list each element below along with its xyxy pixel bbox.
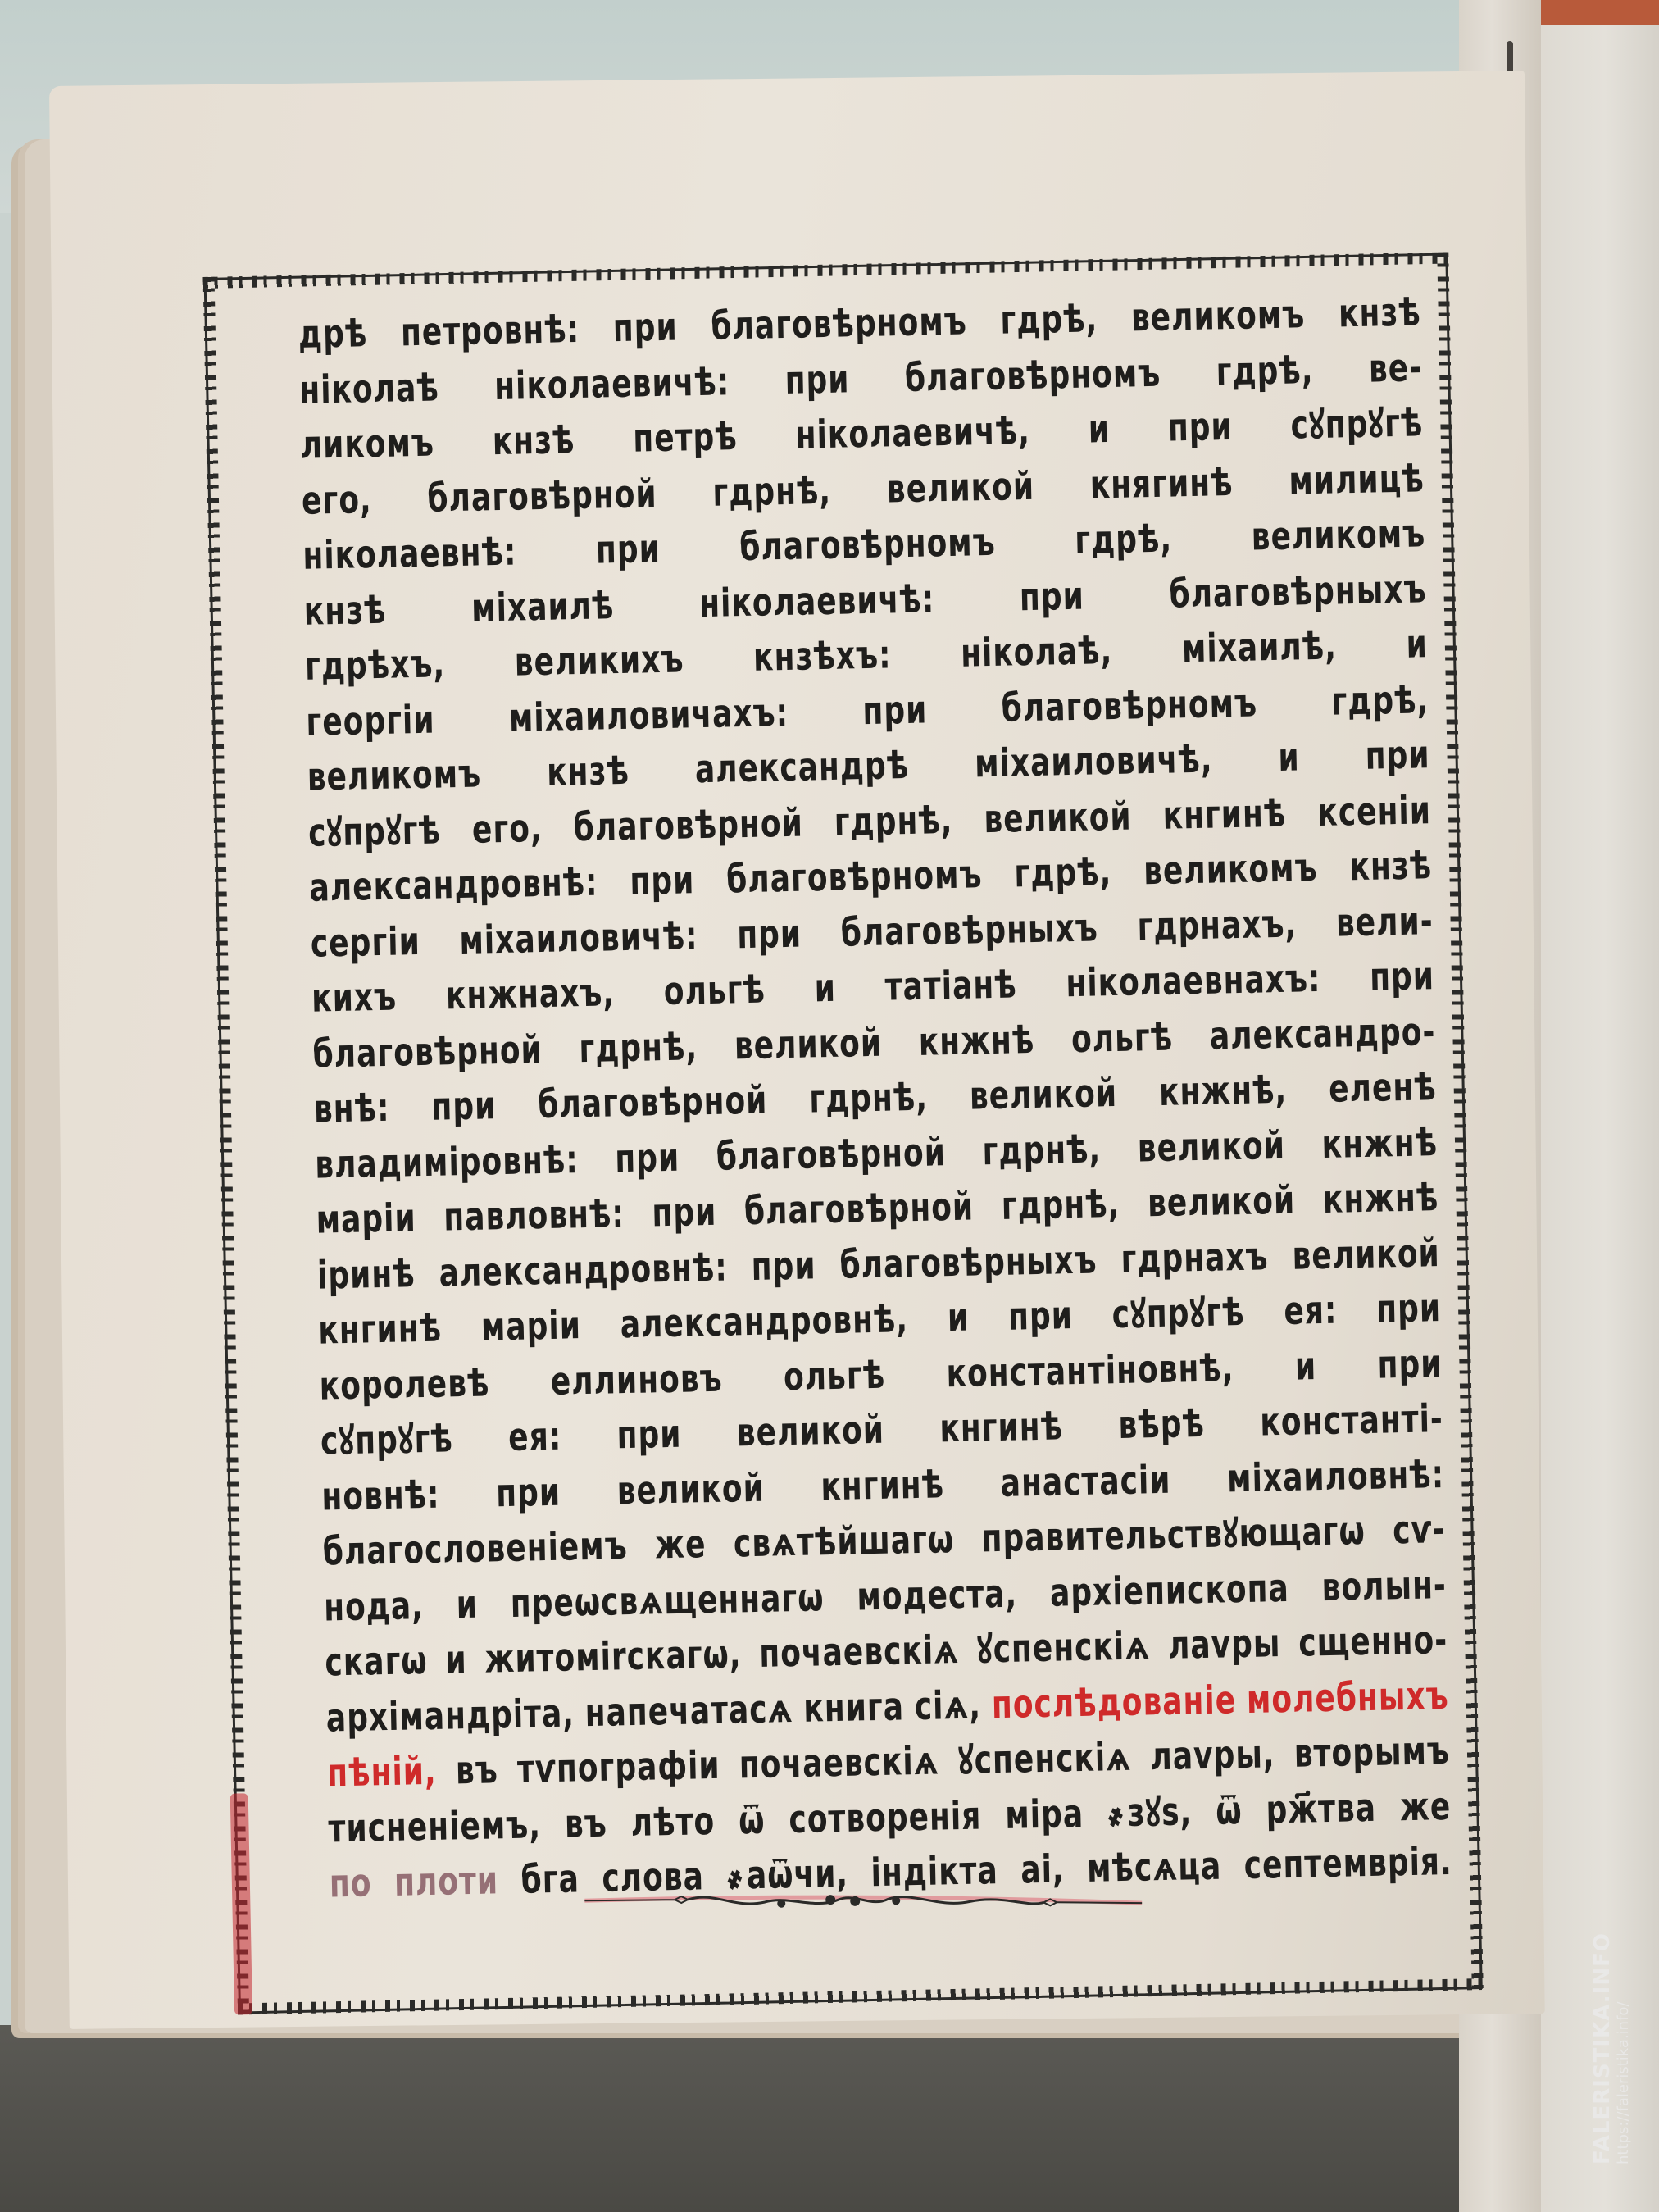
word: бга	[520, 1847, 580, 1914]
watermark-brand: FALERISTIKA.INFO	[1590, 1932, 1615, 2164]
watermark: FALERISTIKA.INFO https://faleristika.inf…	[1590, 2164, 1659, 2206]
word: по	[329, 1851, 372, 1918]
frame-border-left	[203, 277, 250, 2015]
red-ink-smear	[230, 1793, 252, 2014]
watermark-url: https://faleristika.info/	[1615, 1932, 1632, 2164]
frame-border-bottom	[238, 1978, 1484, 2015]
word: септемврія.	[1243, 1830, 1452, 1900]
facing-page	[1525, 25, 1659, 2212]
table-surface-bottom	[0, 2025, 1659, 2212]
book-page: дрѣпетровнѣ:приблаговѣрномъгдрѣ,великомъ…	[49, 71, 1545, 2029]
page-text: дрѣпетровнѣ:приблаговѣрномъгдрѣ,великомъ…	[298, 285, 1452, 1913]
word: плоти	[393, 1849, 499, 1916]
ornamental-frame: дрѣпетровнѣ:приблаговѣрномъгдрѣ,великомъ…	[194, 244, 1492, 2023]
